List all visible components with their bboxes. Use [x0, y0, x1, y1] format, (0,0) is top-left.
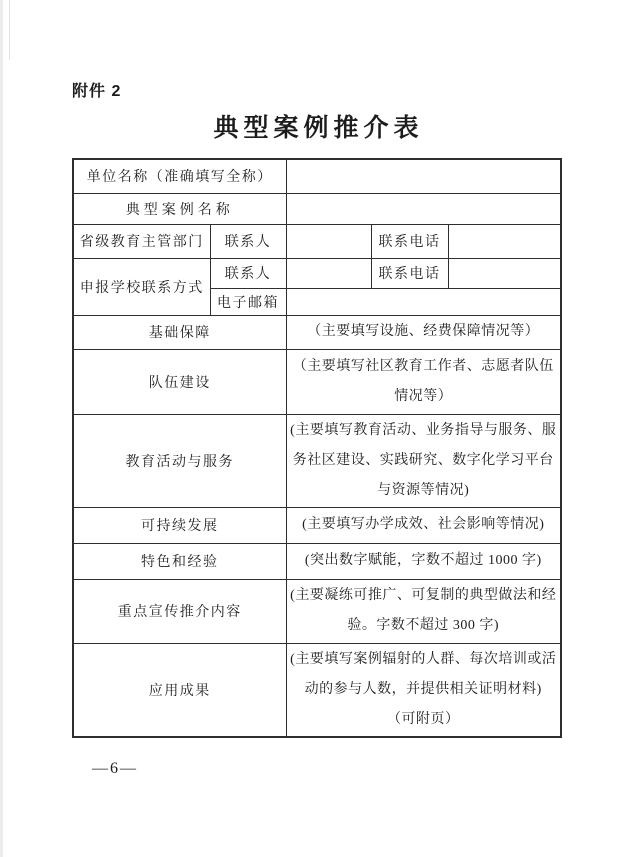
table-row: 应用成果 (主要填写案例辐射的人群、每次培训或活动的参与人数，并提供相关证明材料… [73, 643, 561, 737]
table-row: 可持续发展 (主要填写办学成效、社会影响等情况) [73, 507, 561, 543]
table-row: 省级教育主管部门 联系人 联系电话 [73, 224, 561, 258]
page-title: 典型案例推介表 [0, 108, 637, 144]
features-experience-label-cell: 特色和经验 [73, 543, 286, 579]
team-building-hint-cell: （主要填写社区教育工作者、志愿者队伍情况等） [286, 349, 561, 414]
provincial-phone-label-cell: 联系电话 [371, 224, 448, 258]
application-results-hint-cell: (主要填写案例辐射的人群、每次培训或活动的参与人数，并提供相关证明材料) （可附… [286, 643, 561, 737]
school-contact-person-label-cell: 联系人 [210, 258, 286, 288]
school-phone-label-cell: 联系电话 [371, 258, 448, 288]
table-row: 队伍建设 （主要填写社区教育工作者、志愿者队伍情况等） [73, 349, 561, 414]
table-row: 重点宣传推介内容 (主要凝练可推广、可复制的典型做法和经验。字数不超过 300 … [73, 579, 561, 643]
school-contact-person-value-cell [286, 258, 371, 288]
team-building-label-cell: 队伍建设 [73, 349, 286, 414]
provincial-dept-label-cell: 省级教育主管部门 [73, 224, 210, 258]
provincial-contact-label-cell: 联系人 [210, 224, 286, 258]
sustainable-development-label-cell: 可持续发展 [73, 507, 286, 543]
table-row: 基础保障 （主要填写设施、经费保障情况等） [73, 315, 561, 349]
basic-support-label-cell: 基础保障 [73, 315, 286, 349]
case-name-label-cell: 典型案例名称 [73, 193, 286, 224]
key-promotion-label-cell: 重点宣传推介内容 [73, 579, 286, 643]
provincial-phone-value-cell [448, 224, 561, 258]
table-row: 教育活动与服务 (主要填写教育活动、业务指导与服务、服务社区建设、实践研究、数字… [73, 414, 561, 507]
unit-name-value-cell [286, 159, 561, 193]
email-label-cell: 电子邮箱 [210, 288, 286, 315]
education-activities-hint-cell: (主要填写教育活动、业务指导与服务、服务社区建设、实践研究、数字化学习平台与资源… [286, 414, 561, 507]
application-results-label-cell: 应用成果 [73, 643, 286, 737]
email-value-cell [286, 288, 561, 315]
table-row: 典型案例名称 [73, 193, 561, 224]
table-row: 单位名称（准确填写全称） [73, 159, 561, 193]
school-contact-label-cell: 申报学校联系方式 [73, 258, 210, 315]
attachment-label: 附件 2 [72, 78, 121, 101]
table-row: 特色和经验 (突出数字赋能，字数不超过 1000 字) [73, 543, 561, 579]
sustainable-development-hint-cell: (主要填写办学成效、社会影响等情况) [286, 507, 561, 543]
table-row: 申报学校联系方式 联系人 联系电话 [73, 258, 561, 288]
features-experience-hint-cell: (突出数字赋能，字数不超过 1000 字) [286, 543, 561, 579]
school-phone-value-cell [448, 258, 561, 288]
page-number: —6— [92, 760, 138, 778]
education-activities-label-cell: 教育活动与服务 [73, 414, 286, 507]
key-promotion-hint-cell: (主要凝练可推广、可复制的典型做法和经验。字数不超过 300 字) [286, 579, 561, 643]
basic-support-hint-cell: （主要填写设施、经费保障情况等） [286, 315, 561, 349]
unit-name-label-cell: 单位名称（准确填写全称） [73, 159, 286, 193]
scan-page-edge-line [9, 0, 10, 60]
recommendation-table: 单位名称（准确填写全称） 典型案例名称 省级教育主管部门 联系人 联系电话 申报… [72, 158, 562, 738]
provincial-contact-value-cell [286, 224, 371, 258]
case-name-value-cell [286, 193, 561, 224]
